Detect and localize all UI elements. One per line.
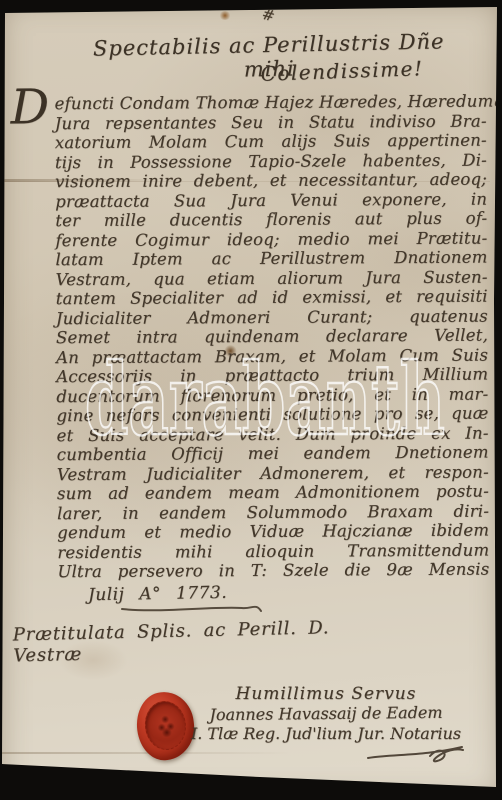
body-line: ter mille ducentis florenis aut plus of- bbox=[9, 209, 487, 231]
corner-mark: # bbox=[260, 5, 277, 26]
signature-line-courtesy: Humillimus Servus bbox=[188, 684, 464, 704]
body-line: latam Iptem ac Perillustrem Dnationem bbox=[9, 248, 487, 270]
photo-of-letter: { "photo": { "background_color": "#0d0c0… bbox=[0, 0, 502, 800]
valediction: Prætitulata Splis. ac Perill. D. Vestræ bbox=[13, 616, 406, 667]
body-line: xatorium Molam Cum alijs Suis appertinen… bbox=[9, 131, 487, 153]
body-line: gine nefors convenienti solutione pro se… bbox=[10, 404, 488, 426]
body-line: cumbentia Officij mei eandem Dnetionem bbox=[11, 443, 489, 465]
body-line: visionem inire debent, et necessitantur,… bbox=[9, 170, 487, 192]
body-line: Semet intra quindenam declarare Vellet, bbox=[10, 326, 488, 348]
body-line: Ultra persevero in T: Szele die 9æ Mensi… bbox=[11, 560, 489, 582]
signature-line-name: Joannes Havassaij de Eadem bbox=[188, 703, 464, 726]
signature-paraph bbox=[366, 741, 466, 767]
letter-body: Defuncti Condam Thomæ Hajez Hæredes, Hær… bbox=[9, 92, 490, 582]
salutation-line-2: Colendissime! bbox=[248, 56, 437, 87]
wax-seal-emblem bbox=[142, 699, 189, 753]
body-line: Accessorijs in præattacto trium Millium bbox=[10, 365, 488, 387]
stain-top bbox=[219, 11, 231, 20]
date-underline bbox=[120, 601, 265, 617]
body-line: tantem Specialiter ad id exmissi, et req… bbox=[10, 287, 488, 309]
letter-paper: # Spectabilis ac Perillustris Dñe mihi C… bbox=[0, 0, 502, 800]
body-line: gendum et medio Viduæ Hajczianæ ibidem bbox=[11, 521, 489, 543]
body-line: sum ad eandem meam Admonitionem postu- bbox=[11, 482, 489, 504]
body-line: Defuncti Condam Thomæ Hajez Hæredes, Hær… bbox=[9, 92, 487, 114]
signature-block: Humillimus Servus Joannes Havassaij de E… bbox=[188, 684, 464, 744]
fold-crease-bottom bbox=[0, 752, 290, 754]
